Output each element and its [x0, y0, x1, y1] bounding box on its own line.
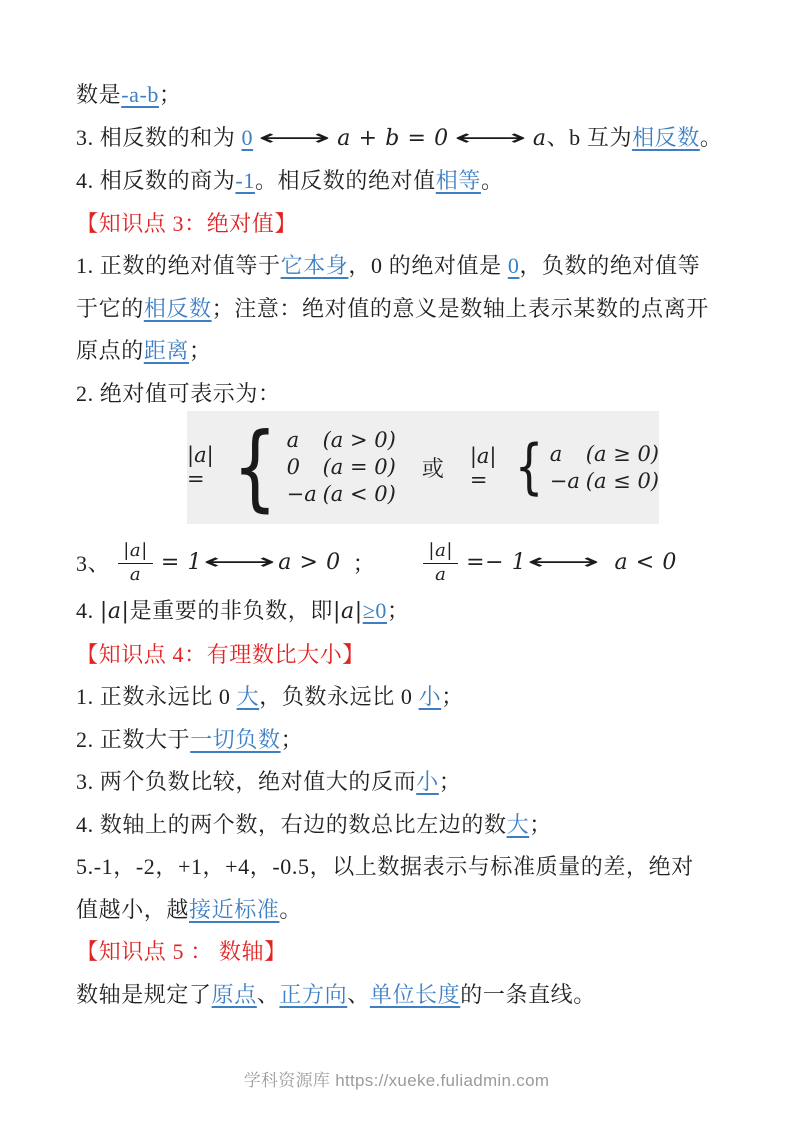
- curly-brace: {: [232, 423, 277, 512]
- fraction-denominator: a: [118, 564, 153, 586]
- case-row: −a(a < 0): [287, 481, 396, 508]
- equation-text: =− 1: [466, 550, 526, 575]
- text-segment: 原点的: [76, 338, 144, 363]
- answer-blank: 小: [416, 769, 439, 794]
- text-line: 2. 正数大于一切负数；: [76, 719, 727, 762]
- answer-blank: 距离: [144, 338, 189, 363]
- answer-blank: ≥0: [363, 598, 387, 623]
- text-segment: 4. 相反数的商为: [76, 168, 235, 193]
- case-condition: (a = 0): [323, 454, 396, 481]
- text-segment: 3. 两个负数比较，绝对值大的反而: [76, 769, 416, 794]
- text-line: 数轴是规定了原点、正方向、单位长度的一条直线。: [76, 974, 727, 1017]
- text-segment: 【知识点 5 ： 数轴】: [76, 939, 287, 964]
- text-segment: 4.: [76, 598, 100, 623]
- formula-lhs: |a| =: [187, 443, 217, 491]
- text-line: 5.-1，-2，+1，+4，-0.5，以上数据表示与标准质量的差，绝对: [76, 846, 727, 889]
- fraction-numerator: |a|: [118, 539, 153, 564]
- case-value: a: [550, 441, 586, 468]
- item-number: 3、: [76, 547, 110, 578]
- text-segment: 值越小，越: [76, 897, 189, 922]
- text-segment: 3. 相反数的和为: [76, 125, 242, 150]
- text-line: 1. 正数永远比 0 大，负数永远比 0 小；: [76, 676, 727, 719]
- text-segment: 1. 正数永远比 0: [76, 684, 237, 709]
- double-arrow-icon: ⟷: [203, 550, 277, 575]
- text-line: 于它的相反数；注意：绝对值的意义是数轴上表示某数的点离开: [76, 288, 727, 331]
- section-heading: 【知识点 3：绝对值】: [76, 203, 727, 246]
- text-segment: 2. 正数大于: [76, 727, 190, 752]
- text-segment: ，负数的绝对值等: [519, 253, 700, 278]
- case-row: −a(a ≤ 0): [550, 468, 659, 495]
- text-segment: 2. 绝对值可表示为：: [76, 381, 281, 406]
- case-row: a(a > 0): [287, 427, 396, 454]
- separator: ；: [353, 547, 376, 578]
- case-condition: (a < 0): [323, 481, 396, 508]
- fraction-denominator: a: [423, 564, 458, 586]
- case-row: 0(a = 0): [287, 454, 396, 481]
- case-condition: (a ≤ 0): [586, 468, 659, 495]
- text-segment: 、: [347, 982, 370, 1007]
- fraction-formula-line: 3、 |a|a = 1 ⟷ a > 0 ； |a|a =− 1 ⟷ a < 0: [76, 534, 727, 590]
- fraction: |a|a: [423, 539, 458, 586]
- math-text: |a|: [333, 599, 363, 624]
- curly-brace: {: [514, 439, 543, 496]
- fraction-numerator: |a|: [423, 539, 458, 564]
- answer-blank: -a-b: [121, 82, 159, 107]
- text-segment: ；注意：绝对值的意义是数轴上表示某数的点离开: [212, 296, 709, 321]
- cases-list: a(a > 0) 0(a = 0) −a(a < 0): [287, 427, 396, 508]
- answer-blank: 一切负数: [190, 727, 280, 752]
- text-segment: ；: [159, 82, 182, 107]
- text-segment: 5.-1，-2，+1，+4，-0.5，以上数据表示与标准质量的差，绝对: [76, 854, 694, 879]
- or-connector: 或: [422, 452, 444, 483]
- case-condition: (a > 0): [323, 427, 396, 454]
- text-segment: 的一条直线。: [460, 982, 596, 1007]
- section-heading: 【知识点 5 ： 数轴】: [76, 931, 727, 974]
- text-segment: 于它的: [76, 296, 144, 321]
- document-page: 数是-a-b；3. 相反数的和为 0⟷a + b = 0⟷a、b 互为相反数。4…: [0, 0, 793, 1016]
- text-line: 2. 绝对值可表示为：: [76, 373, 727, 416]
- cases-list: a(a ≥ 0) −a(a ≤ 0): [550, 441, 659, 495]
- text-segment: 是重要的非负数，即: [130, 598, 333, 623]
- answer-blank: 它本身: [281, 253, 349, 278]
- text-segment: 。: [279, 897, 302, 922]
- double-arrow-icon: ⟷: [454, 118, 528, 161]
- double-arrow-icon: ⟷: [527, 550, 601, 575]
- case-condition: (a ≥ 0): [586, 441, 659, 468]
- text-line: 3. 相反数的和为 0⟷a + b = 0⟷a、b 互为相反数。: [76, 117, 727, 161]
- condition-text: a > 0: [278, 550, 341, 575]
- answer-blank: 单位长度: [370, 982, 460, 1007]
- text-segment: 数轴是规定了: [76, 982, 212, 1007]
- piecewise-definition-right: |a| = { a(a ≥ 0) −a(a ≤ 0): [470, 439, 659, 496]
- text-segment: ；: [281, 727, 304, 752]
- math-text: |a|: [100, 599, 130, 624]
- text-segment: ；: [441, 684, 464, 709]
- double-arrow-icon: ⟷: [258, 118, 332, 161]
- answer-blank: 0: [242, 125, 254, 150]
- case-value: −a: [287, 481, 323, 508]
- answer-blank: 相等: [436, 168, 481, 193]
- text-segment: ；: [439, 769, 462, 794]
- text-line: 4. |a|是重要的非负数，即|a|≥0；: [76, 590, 727, 634]
- case-value: a: [287, 427, 323, 454]
- answer-blank: 原点: [212, 982, 257, 1007]
- text-segment: 数是: [76, 82, 121, 107]
- section-heading: 【知识点 4：有理数比大小】: [76, 634, 727, 677]
- fraction: |a|a: [118, 539, 153, 586]
- answer-blank: 大: [237, 684, 260, 709]
- text-segment: 。: [700, 125, 723, 150]
- text-block-2: 4. |a|是重要的非负数，即|a|≥0；【知识点 4：有理数比大小】1. 正数…: [76, 590, 727, 1016]
- answer-blank: 0: [508, 253, 520, 278]
- text-segment: ；: [529, 812, 552, 837]
- answer-blank: 接近标准: [189, 897, 279, 922]
- condition-text: a < 0: [614, 550, 677, 575]
- text-segment: 1. 正数的绝对值等于: [76, 253, 281, 278]
- text-line: 1. 正数的绝对值等于它本身，0 的绝对值是 0，负数的绝对值等: [76, 245, 727, 288]
- answer-blank: 相反数: [632, 125, 700, 150]
- text-segment: 。相反数的绝对值: [255, 168, 436, 193]
- equation-text: = 1: [161, 550, 202, 575]
- case-row: a(a ≥ 0): [550, 441, 659, 468]
- text-segment: 【知识点 4：有理数比大小】: [76, 642, 365, 667]
- text-segment: ；: [189, 338, 212, 363]
- answer-blank: 相反数: [144, 296, 212, 321]
- text-segment: ；: [387, 598, 410, 623]
- text-segment: 、b 互为: [547, 125, 633, 150]
- answer-blank: 小: [419, 684, 442, 709]
- text-line: 4. 数轴上的两个数，右边的数总比左边的数大；: [76, 804, 727, 847]
- text-line: 4. 相反数的商为-1。相反数的绝对值相等。: [76, 160, 727, 203]
- absolute-value-formula-box: |a| = { a(a > 0) 0(a = 0) −a(a < 0) 或 |a…: [187, 411, 659, 524]
- text-segment: ，0 的绝对值是: [348, 253, 507, 278]
- text-segment: 【知识点 3：绝对值】: [76, 211, 297, 236]
- answer-blank: 正方向: [279, 982, 347, 1007]
- formula-lhs: |a| =: [470, 444, 502, 492]
- text-segment: 、: [257, 982, 280, 1007]
- answer-blank: -1: [235, 168, 255, 193]
- case-value: 0: [287, 454, 323, 481]
- text-segment: ，负数永远比 0: [259, 684, 418, 709]
- answer-blank: 大: [507, 812, 530, 837]
- piecewise-definition-left: |a| = { a(a > 0) 0(a = 0) −a(a < 0): [187, 423, 396, 512]
- text-block-1: 数是-a-b；3. 相反数的和为 0⟷a + b = 0⟷a、b 互为相反数。4…: [76, 74, 727, 415]
- footer-watermark: 学科资源库 https://xueke.fuliadmin.com: [0, 1066, 793, 1091]
- case-value: −a: [550, 468, 586, 495]
- math-text: a: [533, 126, 547, 151]
- text-segment: 4. 数轴上的两个数，右边的数总比左边的数: [76, 812, 507, 837]
- text-line: 3. 两个负数比较，绝对值大的反而小；: [76, 761, 727, 804]
- text-line: 数是-a-b；: [76, 74, 727, 117]
- text-line: 原点的距离；: [76, 330, 727, 373]
- text-segment: 。: [481, 168, 504, 193]
- math-text: a + b = 0: [337, 126, 448, 151]
- text-line: 值越小，越接近标准。: [76, 889, 727, 932]
